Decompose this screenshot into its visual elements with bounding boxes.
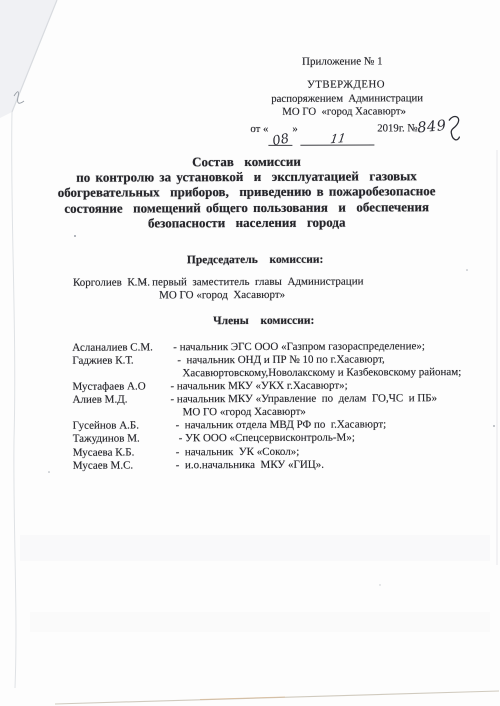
chairman-row: Корголиев К.М. - первый заместитель глав… [73,275,473,303]
scanned-document-page: Приложение № 1 УТВЕРЖДЕНО распоряжением … [0,0,500,706]
member-role: - УК ООО «Спецсервисконтроль-М»; [179,431,499,445]
member-name: Асланалиев С.М. [72,341,173,354]
member-name: Тажудинов М. [73,432,174,445]
approved-label: УТВЕРЖДЕНО [307,78,385,91]
month-blank: 11 [301,131,375,145]
day-blank: 08 [268,132,292,146]
document-title: Состав комиссии по контролю за установко… [31,153,461,231]
members-list: Асланалиев С.М. - начальник ЭГС ООО «Газ… [72,340,499,473]
approval-by-line: распоряжением Администрации [271,92,423,106]
document-content: Приложение № 1 УТВЕРЖДЕНО распоряжением … [0,0,500,706]
member-name: Мусаева К.Б. [73,446,174,459]
member-name: Гусейнов А.Б. [73,419,174,432]
member-role: - и.о.начальника МКУ «ГИЦ». [176,458,499,472]
member-name: Мустафаев А.О [72,380,173,393]
member-row: Алиев М.Д. - начальник МКУ «Управление п… [72,392,498,420]
chairman-role: - первый заместитель главы Администрации… [143,275,473,302]
member-name: Мусаев М.С. [73,459,174,472]
handwritten-day: 08 [271,131,290,149]
quote-close: » [292,123,297,135]
chairman-name: Корголиев К.М. [73,276,143,289]
approval-date-line: от «08» 11 2019г. №849 [250,115,461,146]
members-heading: Члены комиссии: [213,315,314,327]
date-prefix: от « [250,123,268,135]
member-row: Гаджиев К.Т. - начальник ОНД и ПР № 10 п… [72,353,498,381]
handwritten-month: 11 [329,131,346,146]
member-role: - начальник МКУ «Управление по делам ГО,… [170,392,498,419]
chairman-role-line2: МО ГО «город Хасавюрт» [143,288,473,302]
title-line-3: обогревательных приборов, приведению в п… [32,183,462,200]
member-name: Алиев М.Д. [72,393,173,406]
member-name: Гаджиев К.Т. [72,354,173,367]
member-role: - начальник ОНД и ПР № 10 по г.Хасавюрт,… [173,353,498,380]
year-number-label: 2019г. № [374,122,417,134]
signature-flourish [447,115,461,145]
chairman-heading: Председатель комиссии: [187,254,323,267]
member-row: Тажудинов М. - УК ООО «Спецсервисконтрол… [73,431,499,446]
appendix-label: Приложение № 1 [302,55,383,68]
title-line-5: безопасности населения города [32,214,462,231]
member-row: Мусаев М.С. - и.о.начальника МКУ «ГИЦ». [73,458,499,473]
handwritten-number: 849 [417,118,448,137]
title-line-4: состояние помещений общего пользования и… [32,199,462,216]
